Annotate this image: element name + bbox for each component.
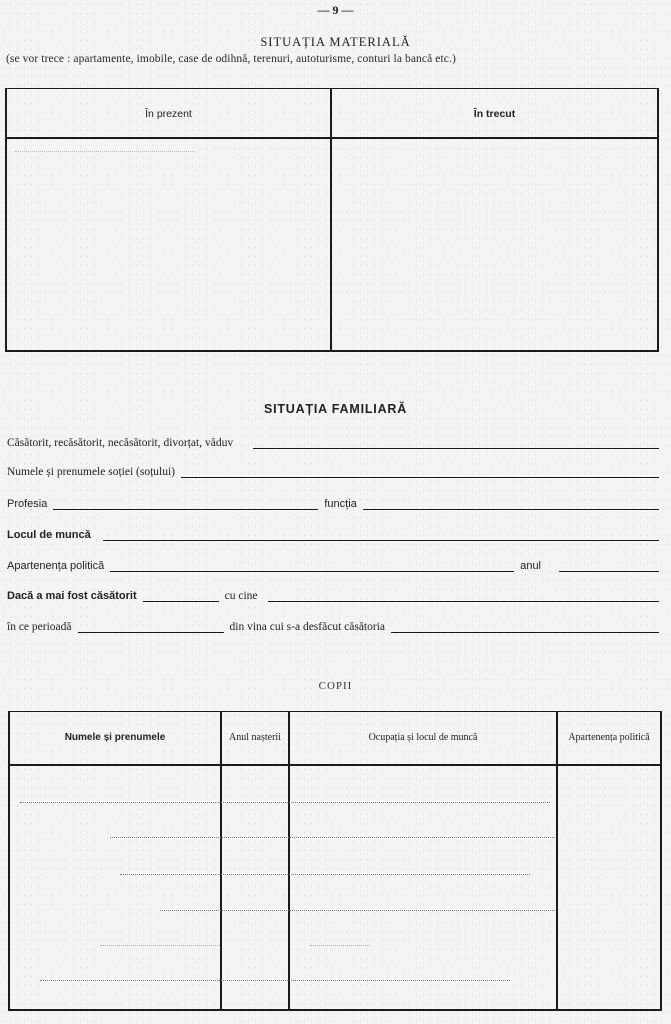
column-header-anul-nasterii: Anul nașterii: [222, 712, 288, 764]
dotted-line: [310, 945, 370, 946]
label-apartenenta-politica: Apartenența politică: [7, 560, 108, 572]
column-header-in-prezent: În prezent: [7, 89, 330, 139]
dotted-line: [100, 945, 220, 946]
dotted-line: [120, 874, 530, 875]
page-number: — 9 —: [0, 3, 671, 18]
label-functia: funcția: [324, 498, 360, 510]
input-profesia[interactable]: [53, 499, 318, 510]
input-apartenenta-politica[interactable]: [110, 561, 514, 572]
input-numele-sotiei[interactable]: [181, 467, 659, 478]
input-cu-cine[interactable]: [268, 591, 659, 602]
input-locul-de-munca[interactable]: [103, 530, 659, 541]
dotted-line: [15, 151, 195, 152]
dotted-line: [160, 910, 555, 911]
dotted-line: [40, 980, 510, 981]
label-stare-civila: Căsătorit, recăsătorit, necăsătorit, div…: [7, 437, 237, 449]
input-daca-a-mai-fost-casatorit[interactable]: [143, 591, 219, 602]
field-row-stare-civila: Căsătorit, recăsătorit, necăsătorit, div…: [7, 433, 665, 449]
column-header-numele-si-prenumele: Numele și prenumele: [10, 712, 220, 764]
cell-in-trecut[interactable]: [332, 141, 657, 350]
input-din-vina-cui[interactable]: [391, 622, 659, 633]
label-in-ce-perioada: în ce perioadă: [7, 621, 76, 633]
label-din-vina-cui: din vina cui s-a desfăcut căsătoria: [230, 621, 390, 633]
label-numele-sotiei: Numele și prenumele soției (soțului): [7, 466, 179, 478]
field-row-locul-de-munca: Locul de muncă: [7, 525, 665, 541]
section-title-copii: COPII: [0, 680, 671, 692]
dotted-line: [110, 837, 555, 838]
field-row-apartenenta-politica: Apartenența politică anul: [7, 556, 665, 572]
section-title-situatia-familiara: SITUAȚIA FAMILIARĂ: [0, 402, 671, 416]
cell-in-prezent[interactable]: [7, 141, 330, 350]
column-header-ocupatia: Ocupația și locul de muncă: [290, 712, 556, 764]
section-subtitle-situatia-materiala: (se vor trece : apartamente, imobile, ca…: [6, 53, 666, 65]
children-table: Numele și prenumele Anul nașterii Ocupaț…: [8, 711, 662, 1011]
input-in-ce-perioada[interactable]: [78, 622, 224, 633]
input-stare-civila[interactable]: [253, 438, 659, 449]
field-row-profesia: Profesia funcția: [7, 494, 665, 510]
dotted-line: [20, 802, 550, 803]
label-cu-cine: cu cine: [225, 590, 262, 602]
label-profesia: Profesia: [7, 498, 51, 510]
column-header-in-trecut: În trecut: [332, 89, 657, 139]
column-header-apartenenta-politica: Apartenența politică: [558, 712, 660, 764]
input-functia[interactable]: [363, 499, 659, 510]
field-row-casatorit-anterior: Dacă a mai fost căsătorit cu cine: [7, 586, 665, 602]
field-row-perioada: în ce perioadă din vina cui s-a desfăcut…: [7, 617, 665, 633]
field-row-numele-sotiei: Numele și prenumele soției (soțului): [7, 462, 665, 478]
material-situation-table: În prezent În trecut: [5, 88, 659, 352]
cell-apartenenta-politica[interactable]: [558, 766, 660, 1009]
label-daca-a-mai-fost-casatorit: Dacă a mai fost căsătorit: [7, 590, 141, 602]
section-title-situatia-materiala: SITUAȚIA MATERIALĂ: [0, 35, 671, 50]
input-anul[interactable]: [559, 561, 659, 572]
label-locul-de-munca: Locul de muncă: [7, 529, 95, 541]
label-anul: anul: [520, 560, 545, 572]
